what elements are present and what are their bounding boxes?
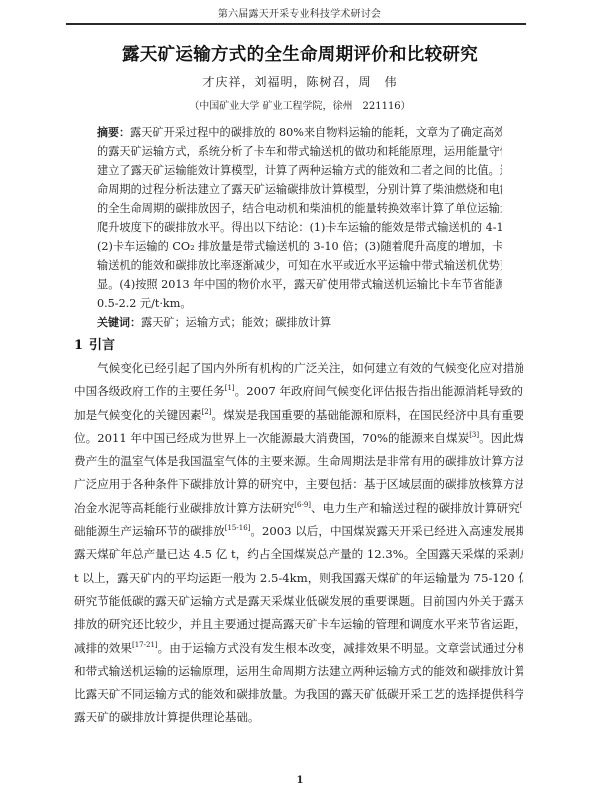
paper-title: 露天矿运输方式的全生命周期评价和比较研究 — [0, 44, 600, 66]
body-text-run: 。2007 年政府间气候变化评估报告指出能源消耗导致的碳排放增 — [235, 384, 523, 398]
body-line: 冶金水泥等高耗能行业碳排放计算方法研究[6-9]、电力生产和输送过程的碳排放计算… — [74, 497, 523, 520]
abstract: 摘要：露天矿开采过程中的碳排放的 80%来自物料运输的能耗，文章为了确定高效低碳… — [97, 123, 502, 332]
body-text-run: t 以上，露天矿内的平均运距一般为 2.5-4km，则我国露天煤矿的年运输量为 … — [74, 571, 523, 585]
body-text-run: 和带式输送机运输的运输原理，运用生命周期方法建立两种运输方式的能效和碳排放计算模… — [74, 664, 523, 678]
body-line: 加是气候变化的关键因素[2]。煤炭是我国重要的基础能源和原料，在国民经济中具有重… — [74, 404, 523, 427]
body-text-run: 气候变化已经引起了国内外所有机构的广泛关注，如何建立有效的气候变化应对措施已经成… — [97, 361, 523, 375]
abstract-line: 显。(4)按照 2013 年中国的物价水平，露天矿使用带式输送机运输比卡车节省能… — [97, 275, 502, 294]
abstract-line: 的露天矿运输方式，系统分析了卡车和带式输送机的做功和耗能原理，运用能量守恒定律 — [97, 142, 502, 161]
citation-ref: [17-21] — [132, 641, 158, 649]
citation-ref: [15-16] — [225, 524, 251, 532]
affiliation: （中国矿业大学 矿业工程学院，徐州 221116） — [0, 100, 600, 113]
body-line: 础能源生产运输环节的碳排放[15-16]。2003 以后，中国煤炭露天开采已经进… — [74, 520, 523, 543]
body-line: 费产生的温室气体是我国温室气体的主要来源。生命周期法是非常有用的碳排放计算方法，… — [74, 450, 523, 473]
body-text-run: 露天煤矿年总产量已达 4.5 亿 t，约占全国煤炭总产量的 12.3%。全国露天… — [74, 547, 523, 561]
abstract-line: 的全生命周期的碳排放因子，结合电动机和柴油机的能量转换效率计算了单位运输量不同 — [97, 199, 502, 218]
body-text-run: 露天矿的碳排放计算提供理论基础。 — [74, 710, 260, 724]
body-text-run: 础能源生产运输环节的碳排放 — [74, 524, 225, 538]
keywords-label: 关键词： — [97, 316, 141, 329]
section-number: 1 — [74, 338, 83, 353]
body-line: 气候变化已经引起了国内外所有机构的广泛关注，如何建立有效的气候变化应对措施已经成… — [74, 357, 523, 380]
body-text-run: 。2003 以后，中国煤炭露天开采已经进入高速发展期，2012 年 — [250, 524, 523, 538]
keywords-text: 露天矿；运输方式；能效；碳排放计算 — [141, 316, 331, 329]
body-text-run: 冶金水泥等高耗能行业碳排放计算方法研究 — [74, 501, 294, 515]
section-heading: 1引言 — [74, 337, 115, 355]
body-line: 减排的效果[17-21]。由于运输方式没有发生根本改变，减排效果不明显。文章尝试… — [74, 637, 523, 660]
body-text-run: 比露天矿不同运输方式的能效和碳排放量。为我国的露天矿低碳开采工艺的选择提供科学依… — [74, 687, 523, 701]
abstract-label: 摘要： — [97, 126, 130, 139]
body-text-run: 中国各级政府工作的主要任务 — [74, 384, 225, 398]
body-line: 露天矿的碳排放计算提供理论基础。 — [74, 706, 523, 729]
body-text-run: 。煤炭是我国重要的基础能源和原料，在国民经济中具有重要的战略地 — [211, 408, 523, 422]
abstract-line: 摘要：露天矿开采过程中的碳排放的 80%来自物料运输的能耗，文章为了确定高效低碳 — [97, 123, 502, 142]
running-header: 第六届露天开采专业科技学术研讨会 — [74, 8, 525, 21]
abstract-line: 0.5-2.2 元/t·km。 — [97, 294, 502, 313]
body-line: 广泛应用于各种条件下碳排放计算的研究中，主要包括：基于区域层面的碳排放核算方法研… — [74, 473, 523, 496]
body-line: 露天煤矿年总产量已达 4.5 亿 t，约占全国煤炭总产量的 12.3%。全国露天… — [74, 543, 523, 566]
abstract-line: 爬升坡度下的碳排放水平。得出以下结论：(1)卡车运输的能效是带式输送机的 4-1… — [97, 218, 502, 237]
page-number: 1 — [0, 775, 600, 787]
citation-ref: [10-14] — [520, 501, 523, 509]
citation-ref: [2] — [202, 408, 212, 416]
citation-ref: [3] — [469, 431, 479, 439]
body-line: 中国各级政府工作的主要任务[1]。2007 年政府间气候变化评估报告指出能源消耗… — [74, 380, 523, 403]
body-text-run: 加是气候变化的关键因素 — [74, 408, 202, 422]
citation-ref: [1] — [225, 384, 235, 392]
body-text-run: 广泛应用于各种条件下碳排放计算的研究中，主要包括：基于区域层面的碳排放核算方法研… — [74, 477, 523, 491]
keywords: 关键词：露天矿；运输方式；能效；碳排放计算 — [97, 313, 502, 332]
body-text-run: 。由于运输方式没有发生根本改变，减排效果不明显。文章尝试通过分析卡车运输 — [158, 641, 523, 655]
citation-ref: [6-9] — [294, 501, 311, 509]
abstract-line: (2)卡车运输的 CO₂ 排放量是带式输送机的 3-10 倍；(3)随着爬升高度… — [97, 237, 502, 256]
abstract-line: 建立了露天矿运输能效计算模型，计算了两种运输方式的能效和二者之间的比值。运用生 — [97, 161, 502, 180]
body-text-run: 位。2011 年中国已经成为世界上一次能源最大消费国，70%的能源来自煤炭 — [74, 431, 469, 445]
body-text-run: 费产生的温室气体是我国温室气体的主要来源。生命周期法是非常有用的碳排放计算方法，… — [74, 454, 523, 468]
abstract-line: 命周期的过程分析法建立了露天矿运输碳排放计算模型，分别计算了柴油燃烧和电能消耗 — [97, 180, 502, 199]
authors: 才庆祥，刘福明，陈树召，周 伟 — [0, 75, 600, 90]
body-line: 比露天矿不同运输方式的能效和碳排放量。为我国的露天矿低碳开采工艺的选择提供科学依… — [74, 683, 523, 706]
body-text-run: 排放的研究还比较少，并且主要通过提高露天矿卡车运输的管理和调度水平来节省运距，从… — [74, 617, 523, 631]
header-rule — [66, 23, 526, 25]
body-line: 位。2011 年中国已经成为世界上一次能源最大消费国，70%的能源来自煤炭[3]… — [74, 427, 523, 450]
body-text-run: 、电力生产和输送过程的碳排放计算研究 — [311, 501, 520, 515]
body-line: 排放的研究还比较少，并且主要通过提高露天矿卡车运输的管理和调度水平来节省运距，从… — [74, 613, 523, 636]
body-text-run: 研究节能低碳的露天矿运输方式是露天采煤业低碳发展的重要课题。目前国内外关于露天矿… — [74, 594, 523, 608]
body-text: 气候变化已经引起了国内外所有机构的广泛关注，如何建立有效的气候变化应对措施已经成… — [74, 357, 523, 730]
body-line: t 以上，露天矿内的平均运距一般为 2.5-4km，则我国露天煤矿的年运输量为 … — [74, 567, 523, 590]
body-line: 和带式输送机运输的运输原理，运用生命周期方法建立两种运输方式的能效和碳排放计算模… — [74, 660, 523, 683]
section-title: 引言 — [89, 338, 115, 353]
abstract-line: 输送机的能效和碳排放比率逐渐减少，可知在水平或近水平运输中带式输送机优势更加明 — [97, 256, 502, 275]
body-text-run: 。因此煤炭生产和消 — [479, 431, 523, 445]
body-text-run: 减排的效果 — [74, 641, 132, 655]
body-line: 研究节能低碳的露天矿运输方式是露天采煤业低碳发展的重要课题。目前国内外关于露天矿… — [74, 590, 523, 613]
